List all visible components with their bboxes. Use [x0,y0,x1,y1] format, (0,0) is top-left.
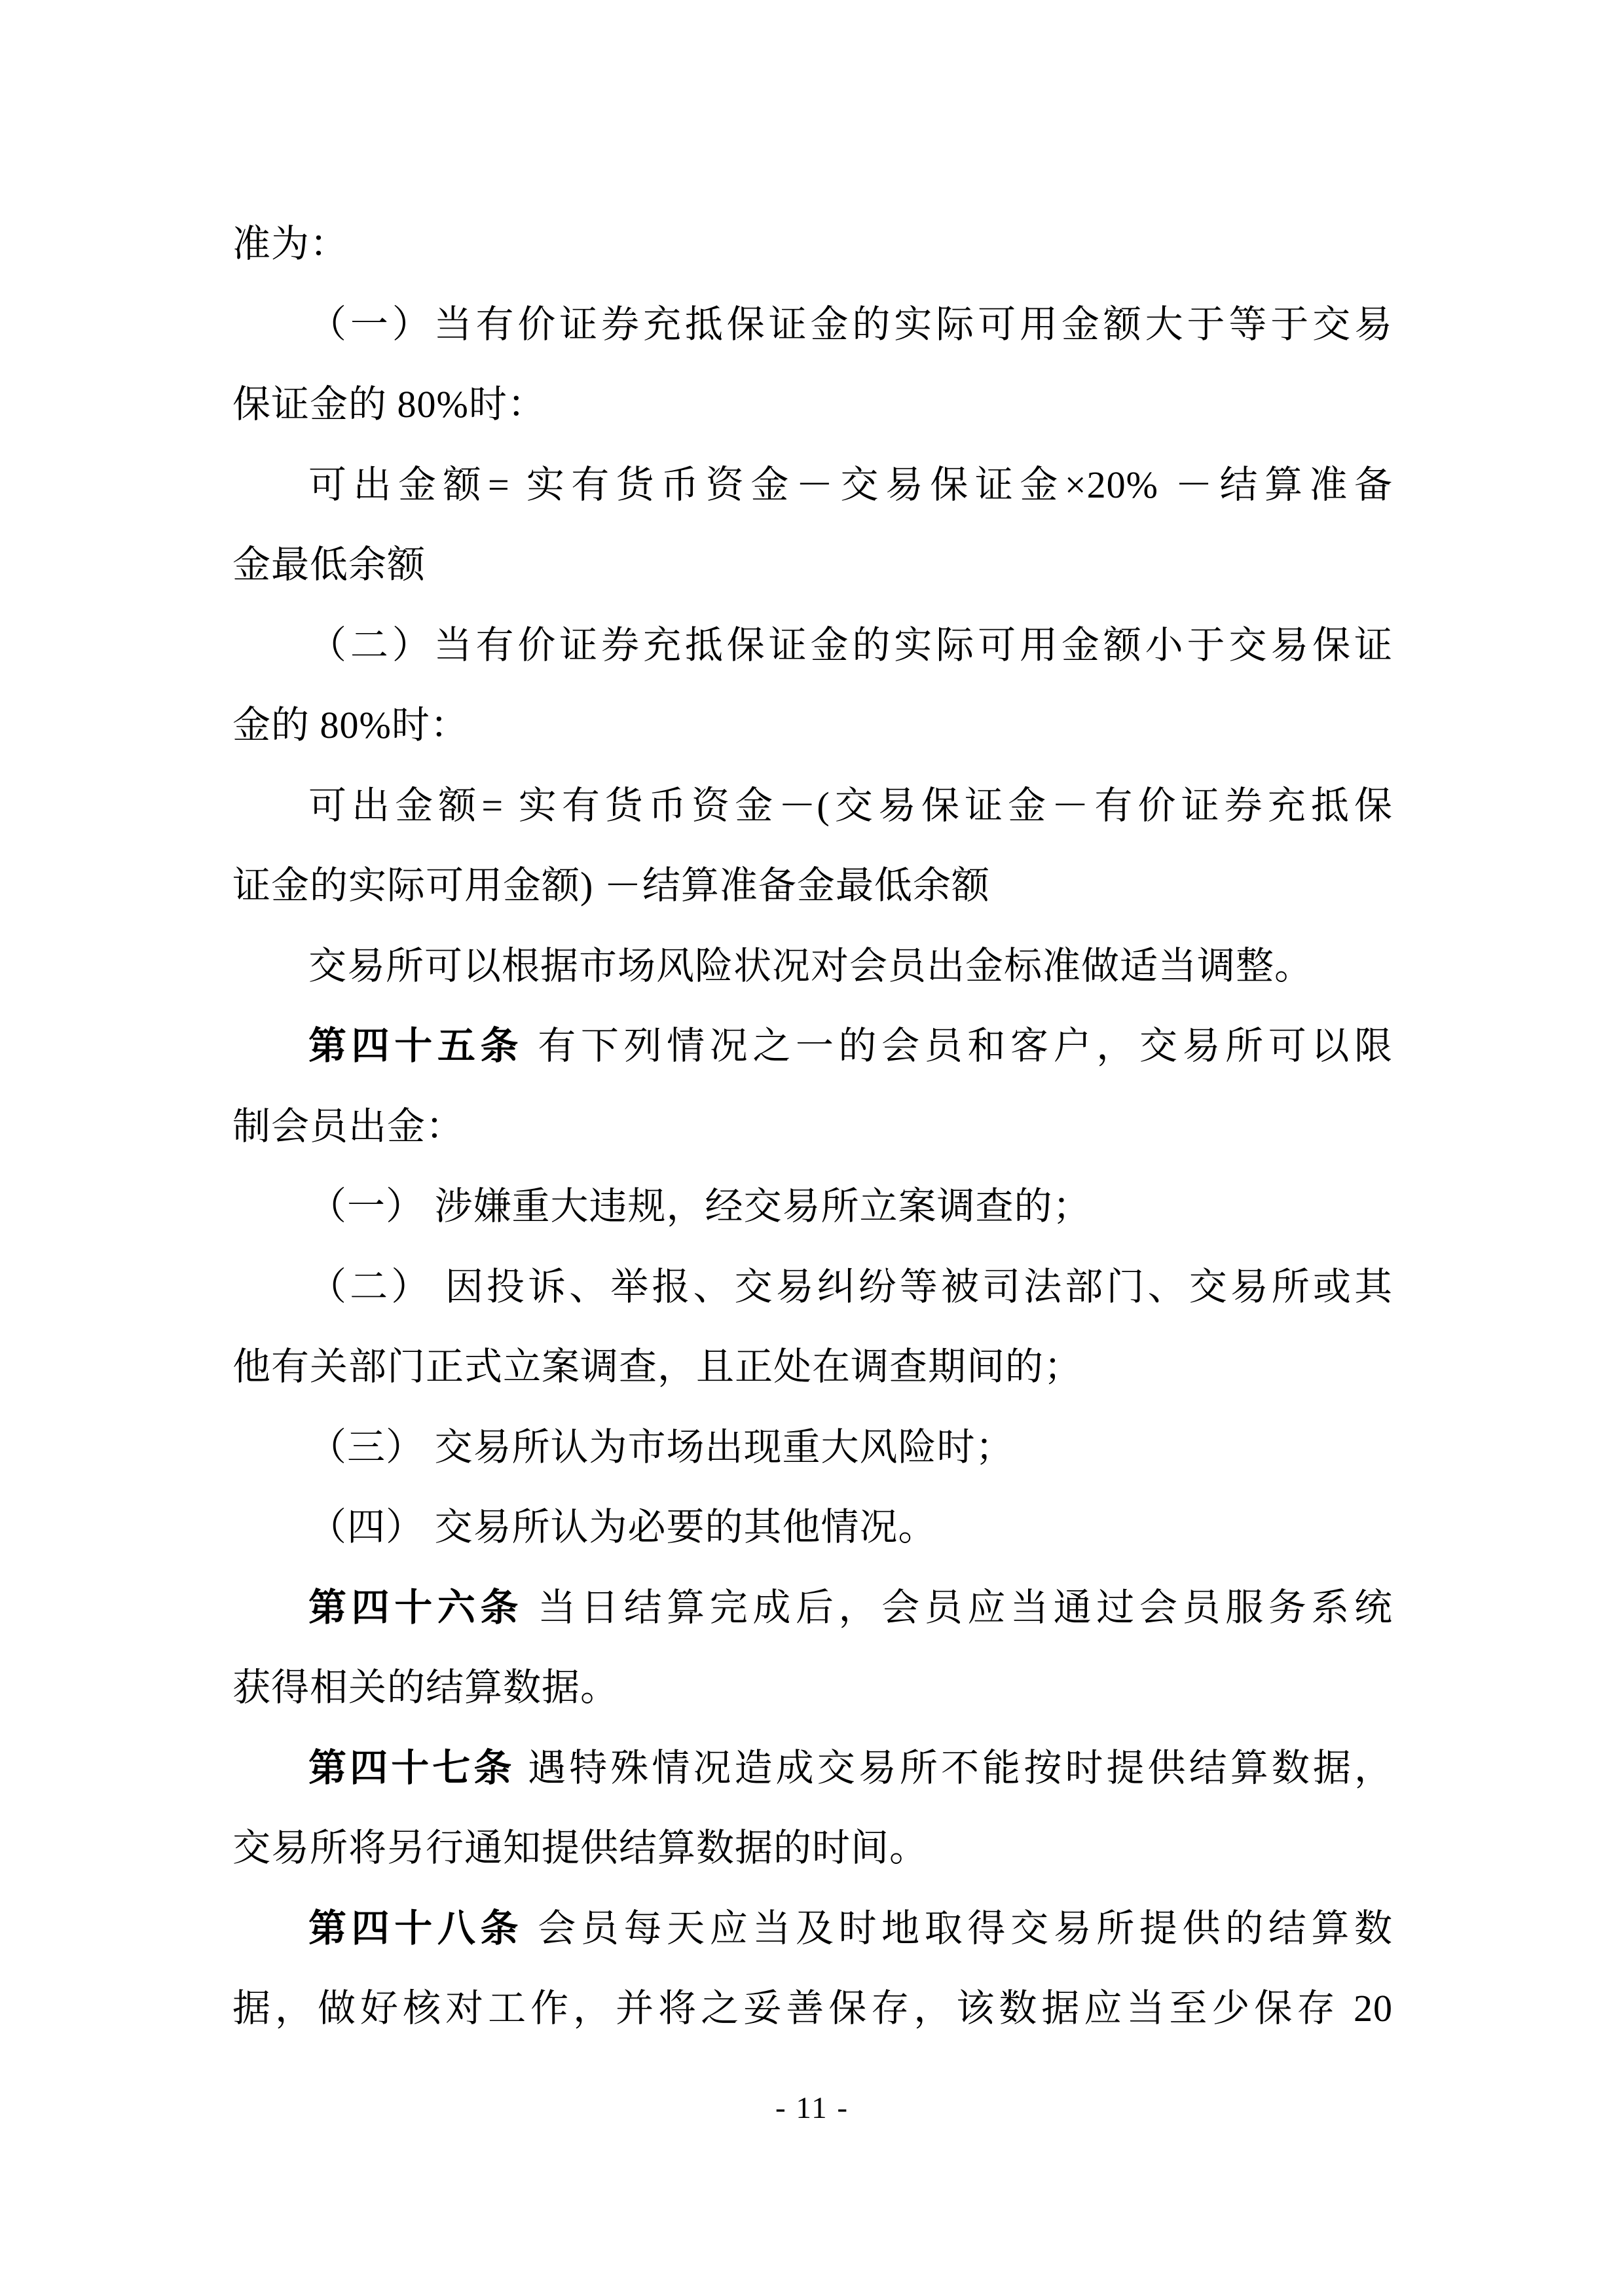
text-line: 第四十七条 遇特殊情况造成交易所不能按时提供结算数据， [232,1728,1393,1809]
text-line: 可出金额= 实有货币资金－交易保证金×20% －结算准备 [232,445,1393,526]
text-line: 保证金的 80%时： [232,365,1393,445]
page-number: - 11 - [0,2088,1624,2128]
text-line: （二）当有价证券充抵保证金的实际可用金额小于交易保证 [232,606,1393,686]
text-line: 据，做好核对工作，并将之妥善保存，该数据应当至少保存 20 [232,1969,1393,2049]
text-line: 第四十八条 会员每天应当及时地取得交易所提供的结算数 [232,1889,1393,1969]
text-line: 第四十六条 当日结算完成后，会员应当通过会员服务系统 [232,1568,1393,1649]
text-line: （四） 交易所认为必要的其他情况。 [232,1487,1393,1568]
text-line: 第四十五条 有下列情况之一的会员和客户，交易所可以限 [232,1006,1393,1087]
text-line: 他有关部门正式立案调查，且正处在调查期间的； [232,1327,1393,1408]
text-line: 金最低余额 [232,525,1393,606]
text-line: （三） 交易所认为市场出现重大风险时； [232,1408,1393,1488]
article-number: 第四十七条 [308,1747,515,1789]
text-line: 可出金额= 实有货币资金－(交易保证金－有价证券充抵保 [232,766,1393,847]
text-line: 交易所将另行通知提供结算数据的时间。 [232,1808,1393,1889]
article-number: 第四十五条 [308,1025,523,1067]
text-line: 准为： [232,204,1393,285]
text-line: 交易所可以根据市场风险状况对会员出金标准做适当调整。 [232,926,1393,1007]
document-body: 准为：（一）当有价证券充抵保证金的实际可用金额大于等于交易保证金的 80%时：可… [232,204,1393,2049]
text-line: （一） 涉嫌重大违规，经交易所立案调查的； [232,1167,1393,1247]
text-line: （二） 因投诉、举报、交易纠纷等被司法部门、交易所或其 [232,1247,1393,1328]
text-line: 证金的实际可用金额) －结算准备金最低余额 [232,846,1393,926]
document-page: 准为：（一）当有价证券充抵保证金的实际可用金额大于等于交易保证金的 80%时：可… [0,0,1624,2296]
text-line: 金的 80%时： [232,685,1393,766]
article-number: 第四十六条 [308,1586,523,1629]
article-number: 第四十八条 [308,1907,523,1950]
text-line: 制会员出金： [232,1087,1393,1167]
text-line: 获得相关的结算数据。 [232,1648,1393,1728]
text-line: （一）当有价证券充抵保证金的实际可用金额大于等于交易 [232,285,1393,365]
